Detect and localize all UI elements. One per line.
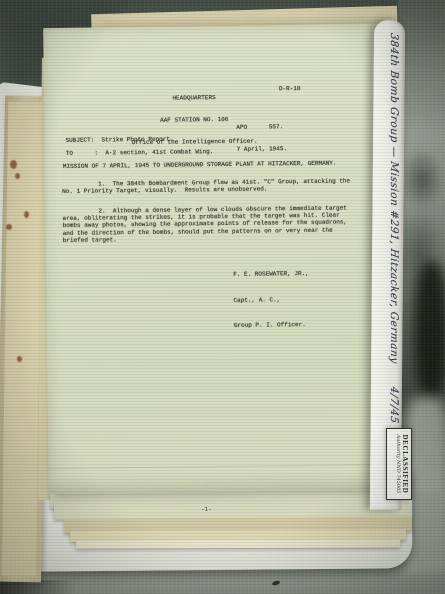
signature-title: Group P. I. Officer. <box>234 321 310 330</box>
declassified-stamp: DECLASSIFIED Authority NND 745005 <box>386 428 412 500</box>
paragraph-1: 1. The 384th Bombardment Group flew as 4… <box>62 177 354 195</box>
signature-block: F. E. ROSEWATER, JR., Capt., A. C., Grou… <box>233 253 310 347</box>
document-page: HEADQUARTERS AAF STATION NO. 106 Office … <box>43 24 401 494</box>
header-line-1: HEADQUARTERS <box>119 94 269 103</box>
mission-line: MISSION OF 7 APRIL, 1945 TO UNDERGROUND … <box>63 160 337 171</box>
rust-spot <box>17 356 22 362</box>
paragraph-2: 2. Although a dense layer of low clouds … <box>62 204 354 244</box>
page-number: -1- <box>201 506 212 513</box>
signature-name: F. E. ROSEWATER, JR., <box>233 270 309 279</box>
subject-line: SUBJECT: Strike Photo Report. <box>65 136 173 145</box>
rust-spot <box>10 160 17 169</box>
paper-stack-edge <box>2 102 43 576</box>
stamp-authority: Authority NND 745005 <box>395 429 401 499</box>
shadow-smudge <box>400 148 445 212</box>
reference-code: D-R-10 <box>279 85 301 92</box>
apo-line: APO 557. <box>236 124 287 132</box>
rust-spot <box>24 211 29 218</box>
archival-photo-scene: 2a -1- HEADQUARTERS AAF STATION NO. 106 … <box>0 0 445 594</box>
folder-edge-note: 384th Bomb Group — Mission #291, Hitzack… <box>388 32 400 464</box>
stamp-title: DECLASSIFIED <box>401 429 409 499</box>
rust-spot <box>15 173 20 179</box>
apo-date-block: APO 557. 7 April, 1945. <box>236 109 287 167</box>
page-crease <box>49 464 401 469</box>
dark-object-shadow <box>414 262 445 397</box>
page-edge-band <box>76 539 400 548</box>
date-line: 7 April, 1945. <box>237 145 288 153</box>
signature-rank: Capt., A. C., <box>233 295 309 304</box>
rust-spot <box>6 224 12 230</box>
